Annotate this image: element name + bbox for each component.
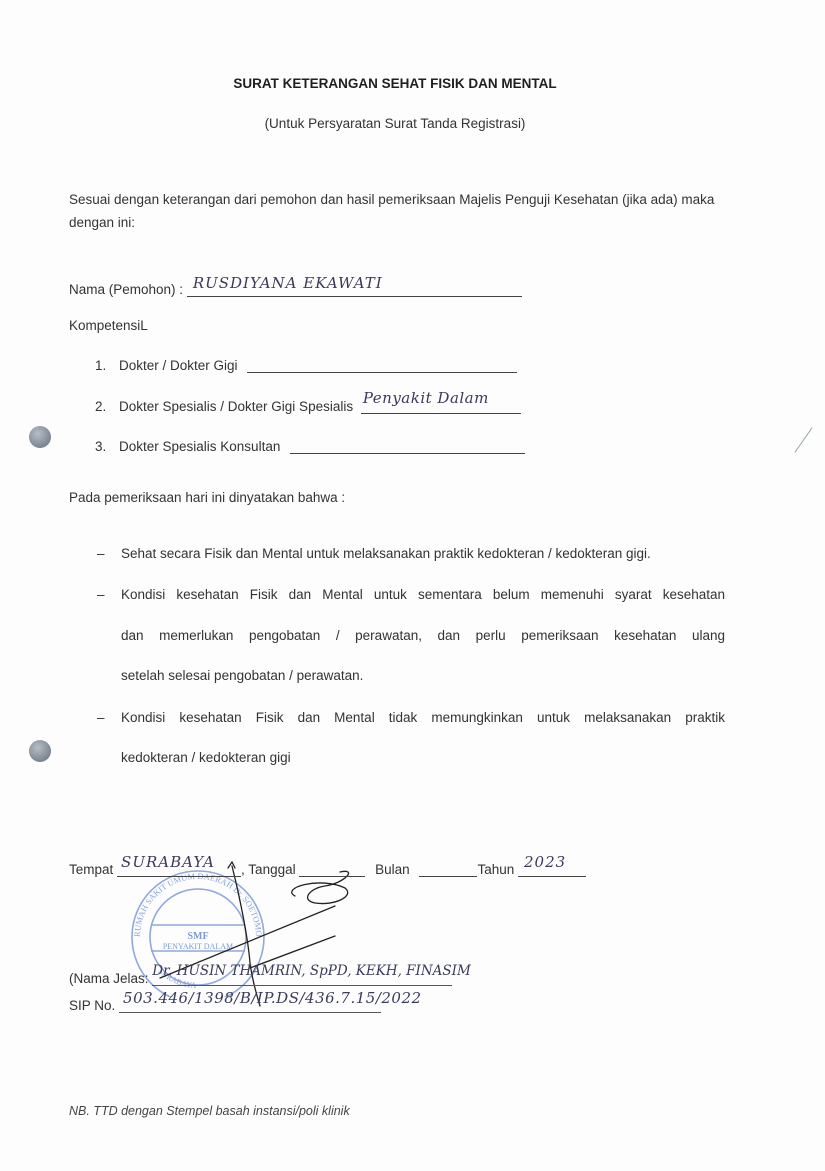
sip-row: SIP No. 503.446/1398/B/IP.DS/436.7.15/20… (69, 996, 381, 1013)
applicant-row: Nama (Pemohon) : RUSDIYANA EKAWATI (69, 280, 522, 297)
statement-text: setelah selesai pengobatan / perawatan. (121, 668, 725, 683)
year-label: Tahun (477, 862, 514, 877)
specialist-value: Penyakit Dalam (363, 389, 489, 407)
competency-item: 1.Dokter / Dokter Gigi (95, 356, 517, 373)
competency-field-general[interactable] (247, 356, 517, 373)
place-field[interactable]: SURABAYA (117, 860, 241, 877)
sip-label: SIP No. (69, 998, 115, 1013)
place-label: Tempat (69, 862, 113, 877)
competency-field-consultant[interactable] (290, 437, 525, 454)
item-label: Dokter Spesialis / Dokter Gigi Spesialis (119, 399, 353, 414)
competency-item: 2.Dokter Spesialis / Dokter Gigi Spesial… (95, 397, 521, 414)
competency-label: KompetensiL (69, 318, 148, 333)
date-field[interactable] (299, 860, 365, 877)
footnote: NB. TTD dengan Stempel basah instansi/po… (69, 1104, 350, 1118)
signer-name-value: Dr. HUSIN THAMRIN, SpPD, KEKH, FINASIM (152, 963, 471, 979)
applicant-label: Nama (Pemohon) : (69, 282, 183, 297)
signer-name-field[interactable]: Dr. HUSIN THAMRIN, SpPD, KEKH, FINASIM (152, 969, 452, 986)
statement-text: Kondisi kesehatan Fisik dan Mental tidak… (121, 710, 725, 725)
dash-bullet: – (97, 710, 105, 725)
sip-value: 503.446/1398/B/IP.DS/436.7.15/2022 (123, 989, 422, 1007)
statement-text: dan memerlukan pengobatan / perawatan, d… (121, 628, 725, 643)
dash-bullet: – (97, 587, 105, 602)
date-label: , Tanggal (241, 862, 296, 877)
signer-name-row: (Nama Jelas: Dr. HUSIN THAMRIN, SpPD, KE… (69, 969, 452, 986)
applicant-value: RUSDIYANA EKAWATI (193, 274, 383, 292)
statement-text: Sehat secara Fisik dan Mental untuk mela… (121, 546, 725, 561)
hole-punch-icon (29, 426, 51, 448)
scan-mark (794, 427, 812, 452)
place-value: SURABAYA (121, 853, 215, 871)
place-date-row: Tempat SURABAYA , Tanggal Bulan Tahun 20… (69, 860, 586, 877)
item-number: 1. (95, 358, 119, 373)
signer-name-label: (Nama Jelas: (69, 971, 149, 986)
competency-field-specialist[interactable]: Penyakit Dalam (361, 397, 521, 414)
month-field[interactable] (419, 860, 477, 877)
competency-item: 3.Dokter Spesialis Konsultan (95, 437, 525, 454)
document-subtitle: (Untuk Persyaratan Surat Tanda Registras… (0, 116, 790, 131)
item-label: Dokter Spesialis Konsultan (119, 439, 280, 454)
sip-field[interactable]: 503.446/1398/B/IP.DS/436.7.15/2022 (119, 996, 381, 1013)
item-label: Dokter / Dokter Gigi (119, 358, 238, 373)
hole-punch-icon (29, 740, 51, 762)
item-number: 3. (95, 439, 119, 454)
intro-paragraph: Sesuai dengan keterangan dari pemohon da… (69, 188, 729, 234)
year-field[interactable]: 2023 (518, 860, 586, 877)
statement-text: kedokteran / kedokteran gigi (121, 750, 725, 765)
dash-bullet: – (97, 546, 105, 561)
item-number: 2. (95, 399, 119, 414)
statement-text: Kondisi kesehatan Fisik dan Mental untuk… (121, 587, 725, 602)
year-value: 2023 (524, 853, 566, 871)
month-label: Bulan (375, 862, 410, 877)
applicant-field[interactable]: RUSDIYANA EKAWATI (187, 280, 522, 297)
statement-label: Pada pemeriksaan hari ini dinyatakan bah… (69, 490, 345, 505)
document-title: SURAT KETERANGAN SEHAT FISIK DAN MENTAL (0, 76, 790, 91)
